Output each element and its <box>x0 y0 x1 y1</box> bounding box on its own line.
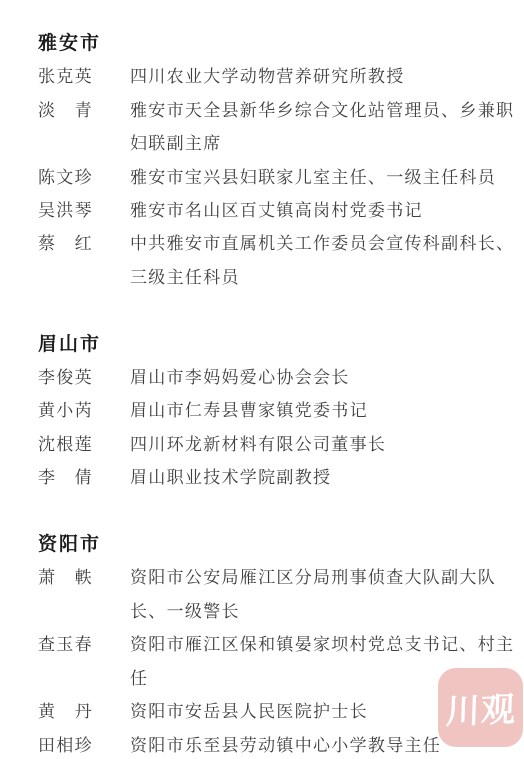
person-name: 李 倩 <box>38 461 130 494</box>
person-name: 黄 丹 <box>38 695 130 728</box>
person-title: 四川农业大学动物营养研究所教授 <box>130 60 519 93</box>
person-name: 张克英 <box>38 60 130 93</box>
person-name: 查玉春 <box>38 628 130 661</box>
person-name: 淡 青 <box>38 94 130 127</box>
person-title: 眉山市李妈妈爱心协会会长 <box>130 361 519 394</box>
person-name: 李俊英 <box>38 361 130 394</box>
person-title: 雅安市名山区百丈镇高岗村党委书记 <box>130 194 519 227</box>
document-page: 雅安市张克英四川农业大学动物营养研究所教授淡 青雅安市天全县新华乡综合文化站管理… <box>0 0 524 759</box>
person-row: 淡 青雅安市天全县新华乡综合文化站管理员、乡兼职妇联副主席 <box>38 94 519 161</box>
person-name: 蔡 红 <box>38 227 130 260</box>
person-title: 四川环龙新材料有限公司董事长 <box>130 428 519 461</box>
person-name: 陈文珍 <box>38 161 130 194</box>
person-row: 李 倩眉山职业技术学院副教授 <box>38 461 519 494</box>
city-header: 眉山市 <box>38 328 519 361</box>
person-title: 中共雅安市直属机关工作委员会宣传科副科长、三级主任科员 <box>130 227 519 294</box>
person-title: 资阳市公安局雁江区分局刑事侦查大队副大队长、一级警长 <box>130 561 519 628</box>
chuanguan-news-watermark: 川观 <box>438 668 523 747</box>
person-row: 沈根莲四川环龙新材料有限公司董事长 <box>38 428 519 461</box>
city-section: 眉山市李俊英眉山市李妈妈爱心协会会长黄小芮眉山市仁寿县曹家镇党委书记沈根莲四川环… <box>38 328 519 495</box>
person-title: 眉山职业技术学院副教授 <box>130 461 519 494</box>
person-name: 田相珍 <box>38 729 130 759</box>
person-name: 沈根莲 <box>38 428 130 461</box>
person-row: 张克英四川农业大学动物营养研究所教授 <box>38 60 519 93</box>
chuanguan-logo-text: 川观 <box>445 682 517 733</box>
person-row: 蔡 红中共雅安市直属机关工作委员会宣传科副科长、三级主任科员 <box>38 227 519 294</box>
person-name: 萧 軼 <box>38 561 130 594</box>
city-section: 雅安市张克英四川农业大学动物营养研究所教授淡 青雅安市天全县新华乡综合文化站管理… <box>38 27 519 294</box>
honor-list: 雅安市张克英四川农业大学动物营养研究所教授淡 青雅安市天全县新华乡综合文化站管理… <box>38 27 519 759</box>
person-title: 雅安市宝兴县妇联家儿室主任、一级主任科员 <box>130 161 519 194</box>
city-header: 资阳市 <box>38 528 519 561</box>
person-row: 吴洪琴雅安市名山区百丈镇高岗村党委书记 <box>38 194 519 227</box>
city-header: 雅安市 <box>38 27 519 60</box>
person-row: 萧 軼资阳市公安局雁江区分局刑事侦查大队副大队长、一级警长 <box>38 561 519 628</box>
person-name: 黄小芮 <box>38 394 130 427</box>
person-name: 吴洪琴 <box>38 194 130 227</box>
person-row: 李俊英眉山市李妈妈爱心协会会长 <box>38 361 519 394</box>
person-row: 黄小芮眉山市仁寿县曹家镇党委书记 <box>38 394 519 427</box>
person-row: 陈文珍雅安市宝兴县妇联家儿室主任、一级主任科员 <box>38 161 519 194</box>
person-title: 雅安市天全县新华乡综合文化站管理员、乡兼职妇联副主席 <box>130 94 519 161</box>
person-title: 眉山市仁寿县曹家镇党委书记 <box>130 394 519 427</box>
